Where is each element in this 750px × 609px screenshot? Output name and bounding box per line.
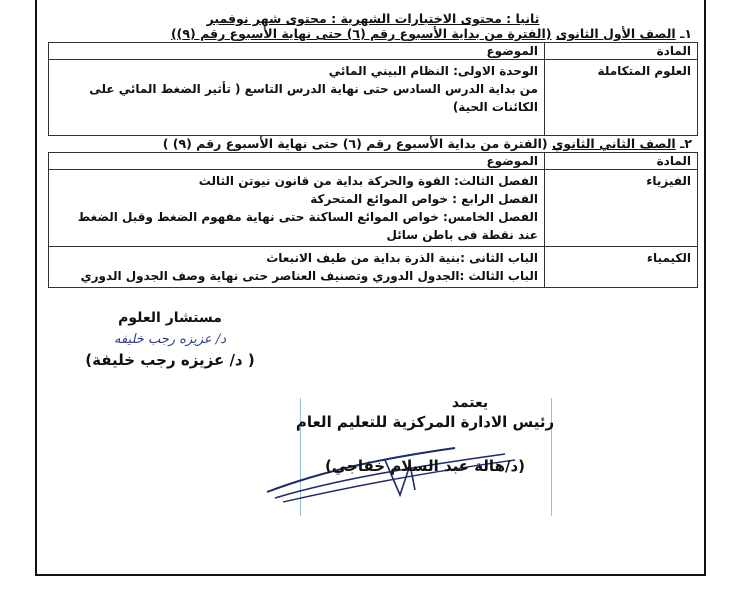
- grade-label: الصف الثاني الثانوي: [552, 136, 676, 151]
- central-admin-head-signature: يعتمد رئيس الادارة المركزية للتعليم العا…: [280, 395, 570, 475]
- table-header-row: المادة الموضوع: [49, 153, 698, 170]
- header-topic: الموضوع: [49, 153, 545, 170]
- subject-cell: الكيمياء: [545, 247, 698, 288]
- handwritten-signature: د/ عزيزه رجب خليفه: [60, 332, 280, 347]
- period-label: (الفترة من بداية الأسبوع رقم (٦) حتى نها…: [171, 26, 552, 41]
- table-row: الفيزياء الفصل الثالث: القوة والحركة بدا…: [49, 170, 698, 247]
- document-title: ثانيا : محتوى الاختبارات الشهرية : محتوى…: [48, 11, 698, 26]
- header-subject: المادة: [545, 43, 698, 60]
- approval-label: يعتمد: [370, 395, 570, 411]
- section-1-heading: ١ـ الصف الأول الثانوى (الفترة من بداية ا…: [48, 26, 692, 42]
- topic-cell: الوحدة الاولى: النظام البيني المائي من ب…: [49, 60, 545, 136]
- document-body: ثانيا : محتوى الاختبارات الشهرية : محتوى…: [48, 0, 698, 288]
- topic-cell: الباب الثانى :بنية الذرة بداية من طيف ال…: [49, 247, 545, 288]
- table-header-row: المادة الموضوع: [49, 43, 698, 60]
- topic-cell: الفصل الثالث: القوة والحركة بداية من قان…: [49, 170, 545, 247]
- period-label: (الفترة من بداية الأسبوع رقم (٦) حتى نها…: [163, 136, 548, 151]
- table-row: العلوم المتكاملة الوحدة الاولى: النظام ا…: [49, 60, 698, 136]
- signatory-role: مستشار العلوم: [60, 310, 280, 326]
- table-row: الكيمياء الباب الثانى :بنية الذرة بداية …: [49, 247, 698, 288]
- section-2-table: المادة الموضوع الفيزياء الفصل الثالث: ال…: [48, 152, 698, 288]
- signatory-name: ( د/ عزيزه رجب خليفة): [60, 351, 280, 369]
- science-advisor-signature: مستشار العلوم د/ عزيزه رجب خليفه ( د/ عز…: [60, 310, 280, 369]
- signatory-name: (د/هالة عبد السلام خفاجي): [280, 457, 570, 475]
- header-topic: الموضوع: [49, 43, 545, 60]
- subject-cell: الفيزياء: [545, 170, 698, 247]
- signatory-role: رئيس الادارة المركزية للتعليم العام: [280, 413, 570, 431]
- grade-label: الصف الأول الثانوى: [556, 26, 676, 41]
- subject-cell: العلوم المتكاملة: [545, 60, 698, 136]
- section-1-table: المادة الموضوع العلوم المتكاملة الوحدة ا…: [48, 42, 698, 136]
- header-subject: المادة: [545, 153, 698, 170]
- section-2-heading: ٢ـ الصف الثاني الثانوي (الفترة من بداية …: [48, 136, 692, 152]
